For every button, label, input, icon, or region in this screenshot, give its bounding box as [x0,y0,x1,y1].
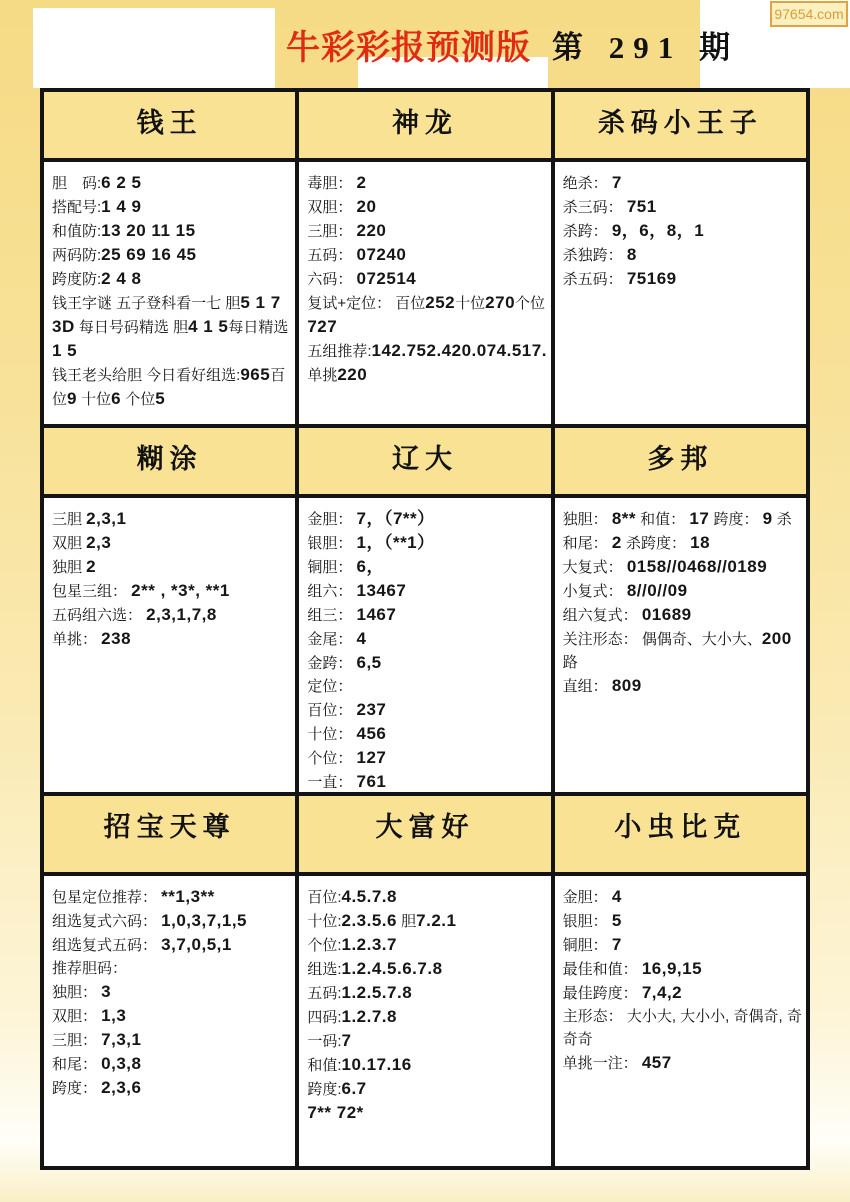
prediction-value: 7 [342,1031,352,1050]
panel-line: 银胆： 1，（**1） [307,531,548,555]
panel-line: 直组： 809 [563,674,804,698]
prediction-label: 胆 [397,913,416,930]
panel-line: 毒胆： 2 [307,171,548,195]
prediction-value: 2** , *3*, **1 [131,581,230,600]
panel-line: 最佳和值： 16,9,15 [563,957,804,981]
panel-line: 铜胆： 7 [563,933,804,957]
prediction-label: 个位 [121,391,155,408]
prediction-value: 761 [357,772,387,791]
prediction-value: 6， [357,557,384,576]
watermark-badge: 97654.com [770,1,848,27]
panel-body-zhaobaotianzun: 包星定位推荐： **1,3**组选复式六码： 1,0,3,7,1,5组选复式五码… [44,876,295,1166]
panel-line: 杀跨： 9，6，8，1 [563,219,804,243]
prediction-label: 和值: [307,1057,341,1074]
panel-line: 单挑220 [307,363,548,387]
prediction-label: 三胆： [52,1032,101,1049]
panel-line: 个位： 127 [307,746,548,770]
panel-line: 包星定位推荐： **1,3** [52,885,293,909]
panel-line: 杀三码： 751 [563,195,804,219]
panel-header-shenlong: 神龙 [299,92,550,158]
panel-line: 双胆： 1,3 [52,1004,293,1028]
prediction-label: 关注形态： 偶偶奇、大小大、 [563,631,762,648]
prediction-label: 个位: [307,937,341,954]
prediction-label: 金胆： [563,889,612,906]
prediction-label: 两码防: [52,247,101,264]
prediction-label: 单挑一注： [563,1055,642,1072]
panel-line: 十位:2.3.5.6 胆7.2.1 [307,909,548,933]
prediction-value: 809 [612,676,642,695]
prediction-value: 7，（7**） [357,509,435,528]
prediction-label: 独胆 [52,559,86,576]
prediction-label: 每日精选 [228,319,288,336]
prediction-label: 双胆： [52,1008,101,1025]
panel-header-qianwang: 钱王 [44,92,295,158]
prediction-value: 7** 72* [307,1103,363,1122]
panel-line: 7** 72* [307,1101,548,1125]
panel-body-shamaxiaowangzi: 绝杀： 7杀三码： 751杀跨： 9，6，8，1杀独跨： 8杀五码： 75169 [555,162,806,424]
panel-line: 单挑： 238 [52,627,293,651]
panel-line: 五码:1.2.5.7.8 [307,981,548,1005]
panel-line: 跨度： 2,3,6 [52,1076,293,1100]
prediction-label: 杀独跨： [563,247,627,264]
prediction-value: 2 [612,533,622,552]
prediction-value: 7,3,1 [101,1030,141,1049]
prediction-value: 2,3,1,7,8 [146,605,217,624]
blank-patch-top-left [33,8,275,88]
prediction-value: 220 [337,365,367,384]
panel-line: 四码:1.2.7.8 [307,1005,548,1029]
prediction-label: 六码： [307,271,356,288]
prediction-label: 最佳跨度： [563,985,642,1002]
prediction-label: 杀三码： [563,199,627,216]
prediction-label: 杀跨： [563,223,612,240]
prediction-value: 4 1 5 [188,317,228,336]
prediction-value: 127 [357,748,387,767]
prediction-label: 跨度: [307,1081,341,1098]
prediction-label: 单挑 [307,367,337,384]
panel-line: 绝杀： 7 [563,171,804,195]
prediction-value: 17 [689,509,709,528]
prediction-value: 5 1 7 [240,293,280,312]
prediction-label: 绝杀： [563,175,612,192]
prediction-label: 五组推荐: [307,343,371,360]
panel-header-liaoda: 辽大 [299,428,550,494]
panel-line: 双胆： 20 [307,195,548,219]
prediction-label: 百位： [307,702,356,719]
prediction-label: 五码: [307,985,341,1002]
panel-line: 一码:7 [307,1029,548,1053]
prediction-label: 直组： [563,678,612,695]
prediction-label: 跨度： [52,1080,101,1097]
prediction-value: 8 [627,245,637,264]
panel-line: 关注形态： 偶偶奇、大小大、200路 [563,627,804,674]
panel-line: 杀独跨： 8 [563,243,804,267]
panel-line: 组三： 1467 [307,603,548,627]
prediction-label: 和值： [636,511,689,528]
prediction-value: 13467 [357,581,407,600]
panel-line: 百位： 237 [307,698,548,722]
panel-line: 十位： 456 [307,722,548,746]
prediction-label: 个位： [307,750,356,767]
panel-line: 银胆： 5 [563,909,804,933]
panel-line: 包星三组： 2** , *3*, **1 [52,579,293,603]
prediction-value: 4 [357,629,367,648]
panel-line: 组选:1.2.4.5.6.7.8 [307,957,548,981]
panel-line: 搭配号:1 4 9 [52,195,293,219]
prediction-label: 大复式： [563,559,627,576]
panel-line: 和值防:13 20 11 15 [52,219,293,243]
prediction-label: 钱王字谜 五子登科看一七 胆 [52,295,240,312]
panel-line: 三胆 2,3,1 [52,507,293,531]
prediction-value: 2,3,1 [86,509,126,528]
prediction-label: 和值防: [52,223,101,240]
prediction-value: 18 [690,533,710,552]
prediction-label: 组选: [307,961,341,978]
panel-header-zhaobaotianzun: 招宝天尊 [44,796,295,872]
panel-line: 三胆： 7,3,1 [52,1028,293,1052]
panel-line: 钱王老头给胆 今日看好组选:965百位9 十位6 个位5 [52,363,293,411]
panel-line: 独胆： 3 [52,980,293,1004]
prediction-value: 4.5.7.8 [342,887,398,906]
prediction-value: 3,7,0,5,1 [161,935,232,954]
prediction-value: 457 [642,1053,672,1072]
panel-body-xiaochongbike: 金胆： 4银胆： 5铜胆： 7最佳和值： 16,9,15最佳跨度： 7,4,2主… [555,876,806,1166]
prediction-label: 十位: [307,913,341,930]
prediction-label: 最佳和值： [563,961,642,978]
prediction-label: 金跨： [307,655,356,672]
page-title: 牛彩彩报预测版 [286,20,531,69]
panel-line: 钱王字谜 五子登科看一七 胆5 1 7 [52,291,293,315]
panel-line: 五组推荐:142.752.420.074.517. [307,339,548,363]
prediction-label: 复试+定位： 百位 [307,295,425,312]
prediction-label: 每日号码精选 胆 [75,319,188,336]
prediction-label: 银胆： [563,913,612,930]
prediction-label: 毒胆： [307,175,356,192]
prediction-value: 1,3 [101,1006,126,1025]
prediction-value: 9 [763,509,773,528]
prediction-label: 独胆： [563,511,612,528]
prediction-value: 456 [357,724,387,743]
prediction-value: 252 [425,293,455,312]
prediction-value: 2 4 8 [101,269,141,288]
prediction-value: 01689 [642,605,692,624]
panel-body-shenlong: 毒胆： 2双胆： 20三胆： 220五码： 07240六码： 072514复试+… [299,162,550,424]
prediction-value: 142.752.420.074.517. [372,341,547,360]
prediction-value: **1,3** [161,887,215,906]
prediction-label: 个位 [515,295,545,312]
prediction-value: 8** [612,509,636,528]
panel-line: 小复式： 8//0//09 [563,579,804,603]
prediction-label: 四码: [307,1009,341,1026]
issue-number: 第 291 期 [552,22,739,67]
panel-line: 定位： [307,675,548,698]
prediction-value: 8//0//09 [627,581,688,600]
prediction-value: 9，6，8，1 [612,221,704,240]
panel-line: 金胆： 4 [563,885,804,909]
prediction-value: 6,5 [357,653,382,672]
prediction-label: 组选复式六码： [52,913,161,930]
prediction-value: 727 [307,317,337,336]
panel-line: 六码： 072514 [307,267,548,291]
prediction-label: 组六： [307,583,356,600]
panel-line: 胆 码:6 2 5 [52,171,293,195]
prediction-value: 965 [240,365,270,384]
panel-line: 三胆： 220 [307,219,548,243]
prediction-value: 072514 [357,269,417,288]
prediction-value: 75169 [627,269,677,288]
prediction-label: 小复式： [563,583,627,600]
prediction-label: 独胆： [52,984,101,1001]
prediction-label: 银胆： [307,535,356,552]
watermark-text: 97654.com [774,6,843,22]
panel-line: 主形态： 大小大, 大小小, 奇偶奇, 奇奇奇 [563,1005,804,1051]
prediction-value: 237 [357,700,387,719]
prediction-label: 十位 [455,295,485,312]
prediction-label: 推荐胆码： [52,960,127,977]
prediction-label: 定位： [307,678,352,695]
prediction-label: 和尾： [52,1056,101,1073]
panel-line: 最佳跨度： 7,4,2 [563,981,804,1005]
panel-line: 一直： 761 [307,770,548,792]
prediction-value: 1.2.4.5.6.7.8 [342,959,443,978]
prediction-value: 3D [52,317,75,336]
prediction-value: 2.3.5.6 [342,911,398,930]
panel-line: 金尾： 4 [307,627,548,651]
panel-line: 组选复式六码： 1,0,3,7,1,5 [52,909,293,933]
prediction-value: 07240 [357,245,407,264]
prediction-label: 十位： [307,726,356,743]
prediction-label: 路 [563,654,578,671]
prediction-value: 2 [86,557,96,576]
prediction-value: 16,9,15 [642,959,702,978]
prediction-value: 1467 [357,605,397,624]
prediction-label: 包星定位推荐： [52,889,161,906]
panel-line: 独胆 2 [52,555,293,579]
prediction-label: 三胆： [307,223,356,240]
panel-line: 推荐胆码： [52,957,293,980]
prediction-label: 跨度： [709,511,762,528]
prediction-value: 25 69 16 45 [101,245,196,264]
panel-header-duobang: 多邦 [555,428,806,494]
panel-header-dafuhao: 大富好 [299,796,550,872]
panel-body-qianwang: 胆 码:6 2 5搭配号:1 4 9和值防:13 20 11 15两码防:25 … [44,162,295,424]
prediction-value: 7 [612,173,622,192]
panel-line: 3D 每日号码精选 胆4 1 5每日精选 1 5 [52,315,293,363]
panel-line: 独胆： 8** 和值： 17 跨度： 9 杀和尾： 2 杀跨度： 18 [563,507,804,555]
panel-line: 双胆 2,3 [52,531,293,555]
panel-body-liaoda: 金胆： 7，（7**）银胆： 1，（**1）铜胆： 6，组六： 13467组三：… [299,498,550,792]
prediction-label: 组三： [307,607,356,624]
prediction-value: 1 5 [52,341,77,360]
prediction-value: 1,0,3,7,1,5 [161,911,247,930]
prediction-value: 7,4,2 [642,983,682,1002]
prediction-value: 0,3,8 [101,1054,141,1073]
panel-body-hutu: 三胆 2,3,1双胆 2,3独胆 2包星三组： 2** , *3*, **1五码… [44,498,295,792]
prediction-value: 7 [612,935,622,954]
prediction-value: 220 [357,221,387,240]
panel-line: 杀五码： 75169 [563,267,804,291]
prediction-label: 金胆： [307,511,356,528]
panel-line: 跨度防:2 4 8 [52,267,293,291]
prediction-value: 238 [101,629,131,648]
prediction-value: 1.2.3.7 [342,935,398,954]
panel-line: 个位:1.2.3.7 [307,933,548,957]
panel-line: 五码： 07240 [307,243,548,267]
prediction-value: 6 2 5 [101,173,141,192]
panel-line: 跨度:6.7 [307,1077,548,1101]
prediction-value: 0158//0468//0189 [627,557,767,576]
prediction-label: 百位: [307,889,341,906]
panel-header-hutu: 糊涂 [44,428,295,494]
panel-header-shamaxiaowangzi: 杀码小王子 [555,92,806,158]
prediction-label: 十位 [77,391,111,408]
prediction-label: 一直： [307,774,356,791]
prediction-value: 2,3,6 [101,1078,141,1097]
prediction-label: 金尾： [307,631,356,648]
panel-line: 五码组六选： 2,3,1,7,8 [52,603,293,627]
prediction-value: 2 [357,173,367,192]
panel-line: 两码防:25 69 16 45 [52,243,293,267]
prediction-value: 2,3 [86,533,111,552]
prediction-label: 铜胆： [563,937,612,954]
prediction-value: 4 [612,887,622,906]
panel-line: 组六复式： 01689 [563,603,804,627]
prediction-value: 1.2.5.7.8 [342,983,413,1002]
prediction-label: 五码： [307,247,356,264]
prediction-label: 单挑： [52,631,101,648]
prediction-value: 270 [485,293,515,312]
panel-body-dafuhao: 百位:4.5.7.8十位:2.3.5.6 胆7.2.1个位:1.2.3.7组选:… [299,876,550,1166]
prediction-value: 5 [612,911,622,930]
prediction-value: 7.2.1 [416,911,456,930]
panel-line: 单挑一注： 457 [563,1051,804,1075]
panel-line: 金胆： 7，（7**） [307,507,548,531]
prediction-label: 组选复式五码： [52,937,161,954]
panel-line: 组选复式五码： 3,7,0,5,1 [52,933,293,957]
prediction-label: 组六复式： [563,607,642,624]
panel-body-duobang: 独胆： 8** 和值： 17 跨度： 9 杀和尾： 2 杀跨度： 18大复式： … [555,498,806,792]
prediction-value: 1，（**1） [357,533,435,552]
prediction-label: 一码: [307,1033,341,1050]
prediction-value: 5 [155,389,165,408]
prediction-value: 3 [101,982,111,1001]
prediction-value: 1.2.7.8 [342,1007,398,1026]
prediction-label: 双胆 [52,535,86,552]
panel-line: 和值:10.17.16 [307,1053,548,1077]
panel-line: 复试+定位： 百位252十位270个位727 [307,291,548,339]
prediction-value: 1 4 9 [101,197,141,216]
prediction-label: 胆 码: [52,175,101,192]
prediction-value: 20 [357,197,377,216]
prediction-value: 9 [67,389,77,408]
prediction-value: 6.7 [342,1079,367,1098]
prediction-value: 200 [762,629,792,648]
prediction-label: 主形态： 大小大, 大小小, 奇偶奇, 奇奇奇 [563,1008,802,1048]
prediction-value: 6 [111,389,121,408]
prediction-label: 杀五码： [563,271,627,288]
prediction-value: 751 [627,197,657,216]
panel-line: 百位:4.5.7.8 [307,885,548,909]
prediction-label: 五码组六选： [52,607,146,624]
prediction-label: 跨度防: [52,271,101,288]
panel-line: 大复式： 0158//0468//0189 [563,555,804,579]
prediction-label: 杀跨度： [622,535,690,552]
prediction-label: 三胆 [52,511,86,528]
prediction-label: 铜胆： [307,559,356,576]
prediction-label: 包星三组： [52,583,131,600]
panel-header-xiaochongbike: 小虫比克 [555,796,806,872]
prediction-value: 13 20 11 15 [101,221,195,240]
panel-line: 金跨： 6,5 [307,651,548,675]
panel-line: 铜胆： 6， [307,555,548,579]
panel-line: 和尾： 0,3,8 [52,1052,293,1076]
panel-line: 组六： 13467 [307,579,548,603]
prediction-value: 10.17.16 [342,1055,412,1074]
prediction-board: 钱王神龙杀码小王子胆 码:6 2 5搭配号:1 4 9和值防:13 20 11 … [40,88,810,1170]
prediction-label: 双胆： [307,199,356,216]
prediction-label: 搭配号: [52,199,101,216]
prediction-label: 钱王老头给胆 今日看好组选: [52,367,240,384]
